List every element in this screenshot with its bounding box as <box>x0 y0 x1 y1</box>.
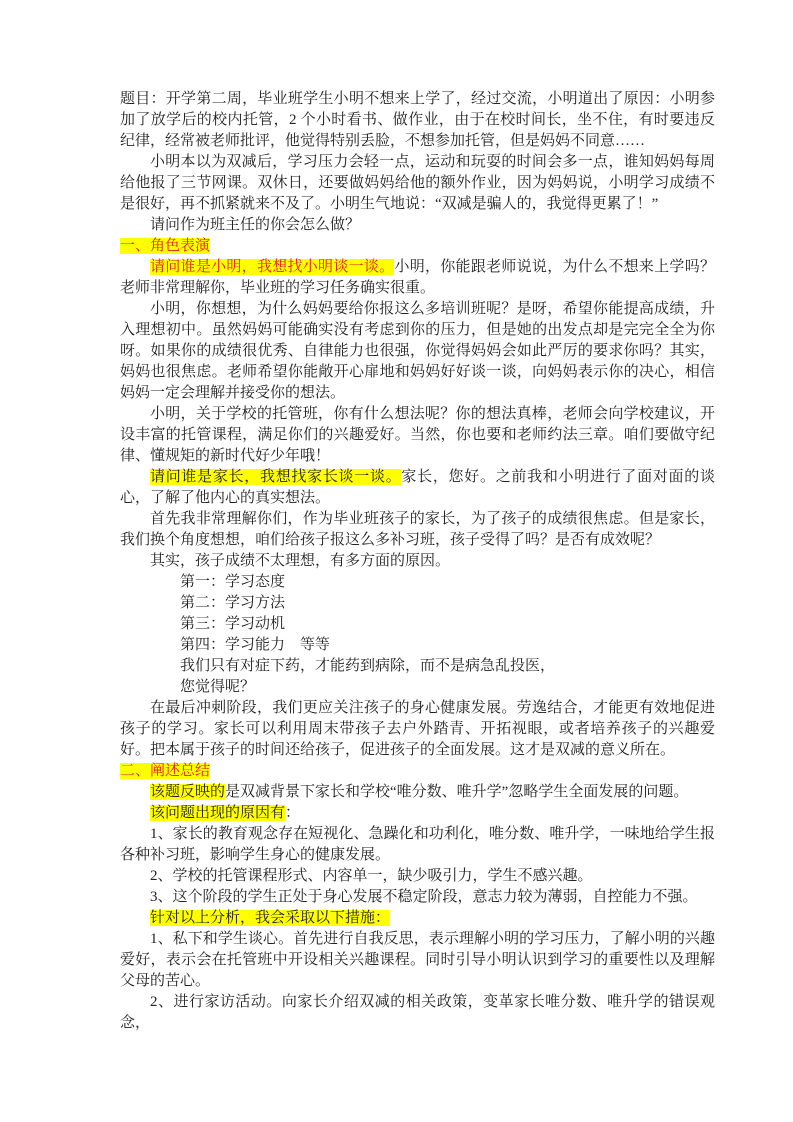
paragraph: 我们只有对症下药，才能药到病除，而不是病急乱投医， <box>120 656 715 677</box>
text-run: 我们只有对症下药，才能药到病除，而不是病急乱投医， <box>180 658 555 674</box>
text-run: 题目：开学第二周，毕业班学生小明不想来上学了，经过交流，小明道出了原因：小明参加… <box>120 91 715 149</box>
text-run: 第三：学习动机 <box>180 616 285 632</box>
highlighted-text: 针对以上分析，我会采取以下措施： <box>150 910 390 926</box>
paragraph: 请问作为班主任的你会怎么做？ <box>120 215 715 236</box>
text-run: 请问作为班主任的你会怎么做？ <box>150 217 360 233</box>
document-page: 题目：开学第二周，毕业班学生小明不想来上学了，经过交流，小明道出了原因：小明参加… <box>0 0 793 1122</box>
paragraph: 3、这个阶段的学生正处于身心发展不稳定阶段，意志力较为薄弱，自控能力不强。 <box>120 887 715 908</box>
paragraph: 1、私下和学生谈心。首先进行自我反思，表示理解小明的学习压力，了解小明的兴趣爱好… <box>120 929 715 992</box>
highlighted-text: 请问谁是小明，我想找小明谈一谈。 <box>150 259 394 275</box>
paragraph: 小明本以为双减后，学习压力会轻一点，运动和玩耍的时间会多一点，谁知妈妈每周给他报… <box>120 152 715 215</box>
text-run: 1、家长的教育观念存在短视化、急躁化和功利化，唯分数、唯升学，一味地给学生报各种… <box>120 826 715 863</box>
text-run: 首先我非常理解你们，作为毕业班孩子的家长，为了孩子的成绩很焦虑。但是家长，我们换… <box>120 511 715 548</box>
paragraph: 小明，关于学校的托管班，你有什么想法呢？你的想法真棒，老师会向学校建议，开设丰富… <box>120 404 715 467</box>
highlighted-text: 一、角色表演 <box>120 238 210 254</box>
paragraph: 2、学校的托管课程形式、内容单一，缺少吸引力，学生不感兴趣。 <box>120 866 715 887</box>
document-body: 题目：开学第二周，毕业班学生小明不想来上学了，经过交流，小明道出了原因：小明参加… <box>120 89 715 1034</box>
section-heading: 一、角色表演 <box>120 236 715 257</box>
paragraph: 2、进行家访活动。向家长介绍双减的相关政策，变革家长唯分数、唯升学的错误观念， <box>120 992 715 1034</box>
paragraph: 第三：学习动机 <box>120 614 715 635</box>
paragraph: 请问谁是家长，我想找家长谈一谈。家长，您好。之前我和小明进行了面对面的谈心，了解… <box>120 467 715 509</box>
text-run: 小明，关于学校的托管班，你有什么想法呢？你的想法真棒，老师会向学校建议，开设丰富… <box>120 406 715 464</box>
text-run: 1、私下和学生谈心。首先进行自我反思，表示理解小明的学习压力，了解小明的兴趣爱好… <box>120 931 715 989</box>
text-run: 您觉得呢？ <box>180 679 255 695</box>
paragraph: 第四：学习能力 等等 <box>120 635 715 656</box>
paragraph: 第一：学习态度 <box>120 572 715 593</box>
text-run: 第四：学习能力 等等 <box>180 637 330 653</box>
paragraph: 小明，你想想，为什么妈妈要给你报这么多培训班呢？是呀，希望你能提高成绩，升入理想… <box>120 299 715 404</box>
text-run: 第二：学习方法 <box>180 595 285 611</box>
text-run: 小明本以为双减后，学习压力会轻一点，运动和玩耍的时间会多一点，谁知妈妈每周给他报… <box>120 154 715 212</box>
text-run: 3、这个阶段的学生正处于身心发展不稳定阶段，意志力较为薄弱，自控能力不强。 <box>150 889 698 905</box>
paragraph: 针对以上分析，我会采取以下措施： <box>120 908 715 929</box>
text-run: ： <box>285 805 300 821</box>
paragraph: 题目：开学第二周，毕业班学生小明不想来上学了，经过交流，小明道出了原因：小明参加… <box>120 89 715 152</box>
highlighted-text: 二、阐述总结 <box>120 763 210 779</box>
text-run: 小明，你想想，为什么妈妈要给你报这么多培训班呢？是呀，希望你能提高成绩，升入理想… <box>120 301 715 401</box>
paragraph: 您觉得呢？ <box>120 677 715 698</box>
text-run: 第一：学习态度 <box>180 574 285 590</box>
text-run: 2、进行家访活动。向家长介绍双减的相关政策，变革家长唯分数、唯升学的错误观念， <box>120 994 715 1031</box>
text-run: 是双减背景下家长和学校“唯分数、唯升学”忽略学生全面发展的问题。 <box>225 784 688 800</box>
text-run: 其实，孩子成绩不太理想，有多方面的原因。 <box>150 553 450 569</box>
paragraph: 该题反映的是双减背景下家长和学校“唯分数、唯升学”忽略学生全面发展的问题。 <box>120 782 715 803</box>
text-run: 在最后冲刺阶段，我们更应关注孩子的身心健康发展。劳逸结合，才能更有效地促进孩子的… <box>120 700 715 758</box>
paragraph: 其实，孩子成绩不太理想，有多方面的原因。 <box>120 551 715 572</box>
highlighted-text: 请问谁是家长，我想找家长谈一谈。 <box>150 469 401 485</box>
highlighted-text: 该问题出现的原因有 <box>150 805 285 821</box>
section-heading: 二、阐述总结 <box>120 761 715 782</box>
paragraph: 请问谁是小明，我想找小明谈一谈。小明，你能跟老师说说，为什么不想来上学吗？老师非… <box>120 257 715 299</box>
paragraph: 1、家长的教育观念存在短视化、急躁化和功利化，唯分数、唯升学，一味地给学生报各种… <box>120 824 715 866</box>
paragraph: 该问题出现的原因有： <box>120 803 715 824</box>
paragraph: 首先我非常理解你们，作为毕业班孩子的家长，为了孩子的成绩很焦虑。但是家长，我们换… <box>120 509 715 551</box>
paragraph: 第二：学习方法 <box>120 593 715 614</box>
text-run: 2、学校的托管课程形式、内容单一，缺少吸引力，学生不感兴趣。 <box>150 868 593 884</box>
paragraph: 在最后冲刺阶段，我们更应关注孩子的身心健康发展。劳逸结合，才能更有效地促进孩子的… <box>120 698 715 761</box>
highlighted-text: 该题反映的 <box>150 784 225 800</box>
